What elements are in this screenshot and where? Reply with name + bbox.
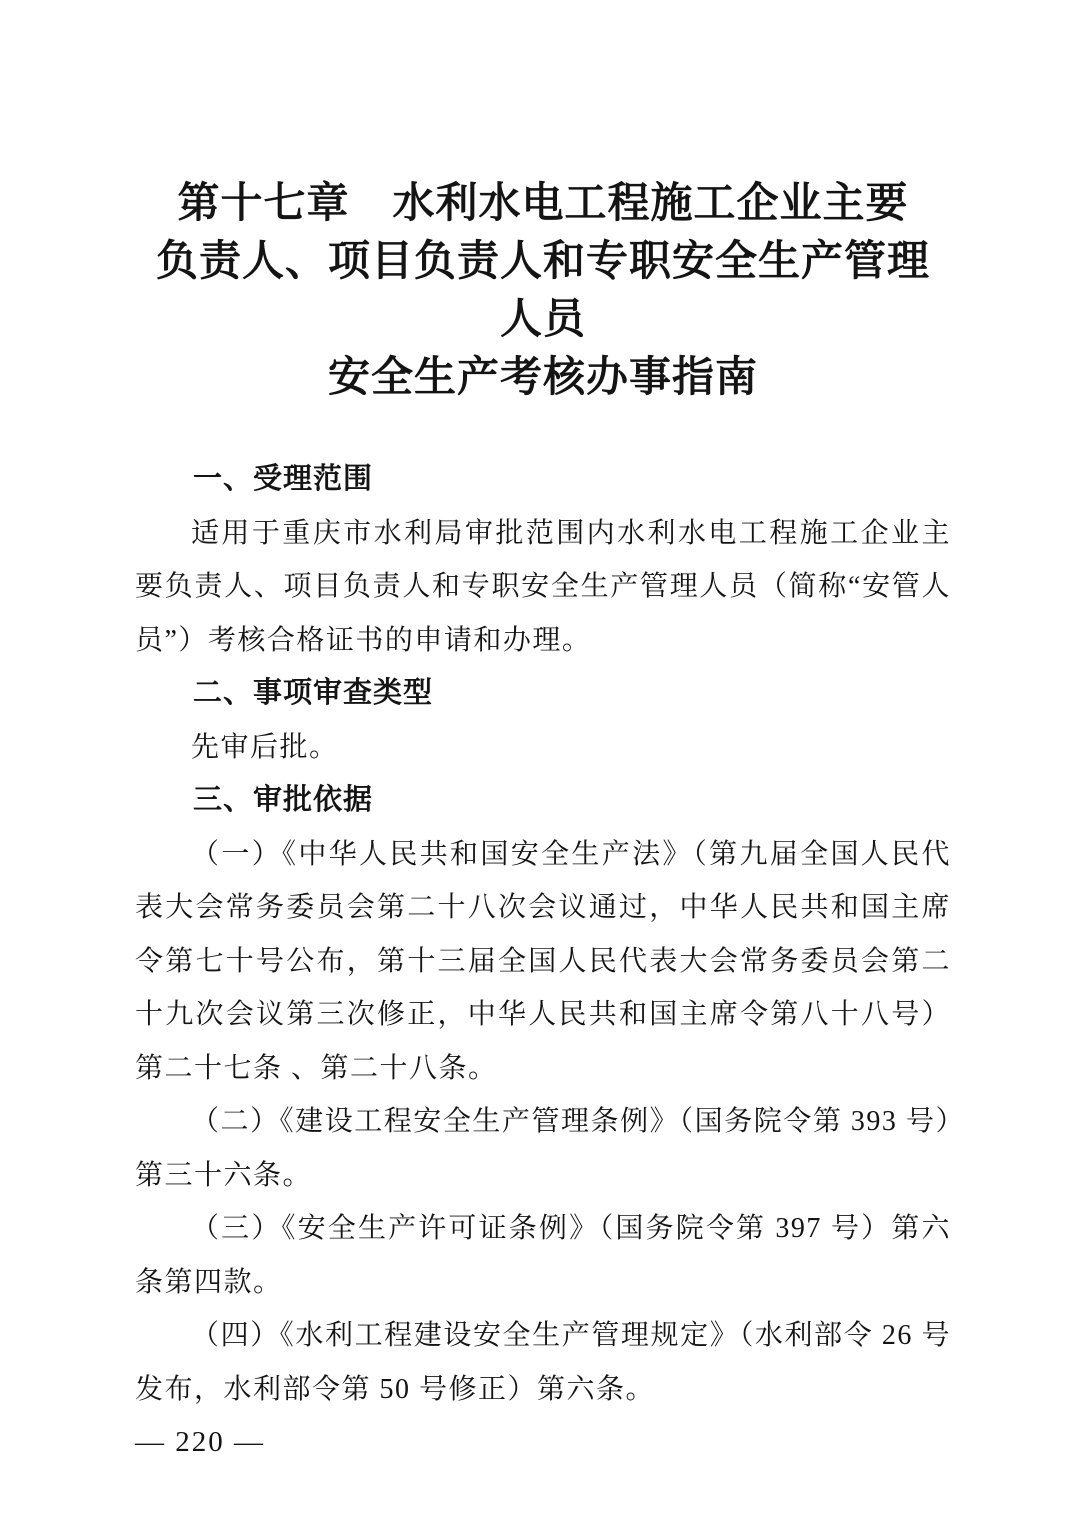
document-body: 一、受理范围 适用于重庆市水利局审批范围内水利水电工程施工企业主要负责人、项目负… <box>135 453 951 1416</box>
title-line-1: 第十七章 水利水电工程施工企业主要 <box>135 175 951 233</box>
paragraph-basis-item-4: （四）《水利工程建设安全生产管理规定》（水利部令 26 号发布，水利部令第 50… <box>135 1309 951 1416</box>
document-page: 第十七章 水利水电工程施工企业主要 负责人、项目负责人和专职安全生产管理人员 安… <box>0 0 1075 1519</box>
paragraph-acceptance-scope: 适用于重庆市水利局审批范围内水利水电工程施工企业主要负责人、项目负责人和专职安全… <box>135 507 951 668</box>
paragraph-basis-item-2: （二）《建设工程安全生产管理条例》（国务院令第 393 号）第三十六条。 <box>135 1095 951 1202</box>
page-title: 第十七章 水利水电工程施工企业主要 负责人、项目负责人和专职安全生产管理人员 安… <box>135 175 951 407</box>
paragraph-basis-item-3: （三）《安全生产许可证条例》（国务院令第 397 号）第六条第四款。 <box>135 1202 951 1309</box>
paragraph-basis-item-1: （一）《中华人民共和国安全生产法》（第九届全国人民代表大会常务委员会第二十八次会… <box>135 828 951 1096</box>
section-heading-acceptance-scope: 一、受理范围 <box>135 453 951 507</box>
title-line-2: 负责人、项目负责人和专职安全生产管理人员 <box>135 233 951 349</box>
section-heading-review-type: 二、事项审查类型 <box>135 667 951 721</box>
paragraph-review-type: 先审后批。 <box>135 721 951 775</box>
section-heading-approval-basis: 三、审批依据 <box>135 774 951 828</box>
page-number: — 220 — <box>135 1416 951 1470</box>
title-line-3: 安全生产考核办事指南 <box>135 349 951 407</box>
